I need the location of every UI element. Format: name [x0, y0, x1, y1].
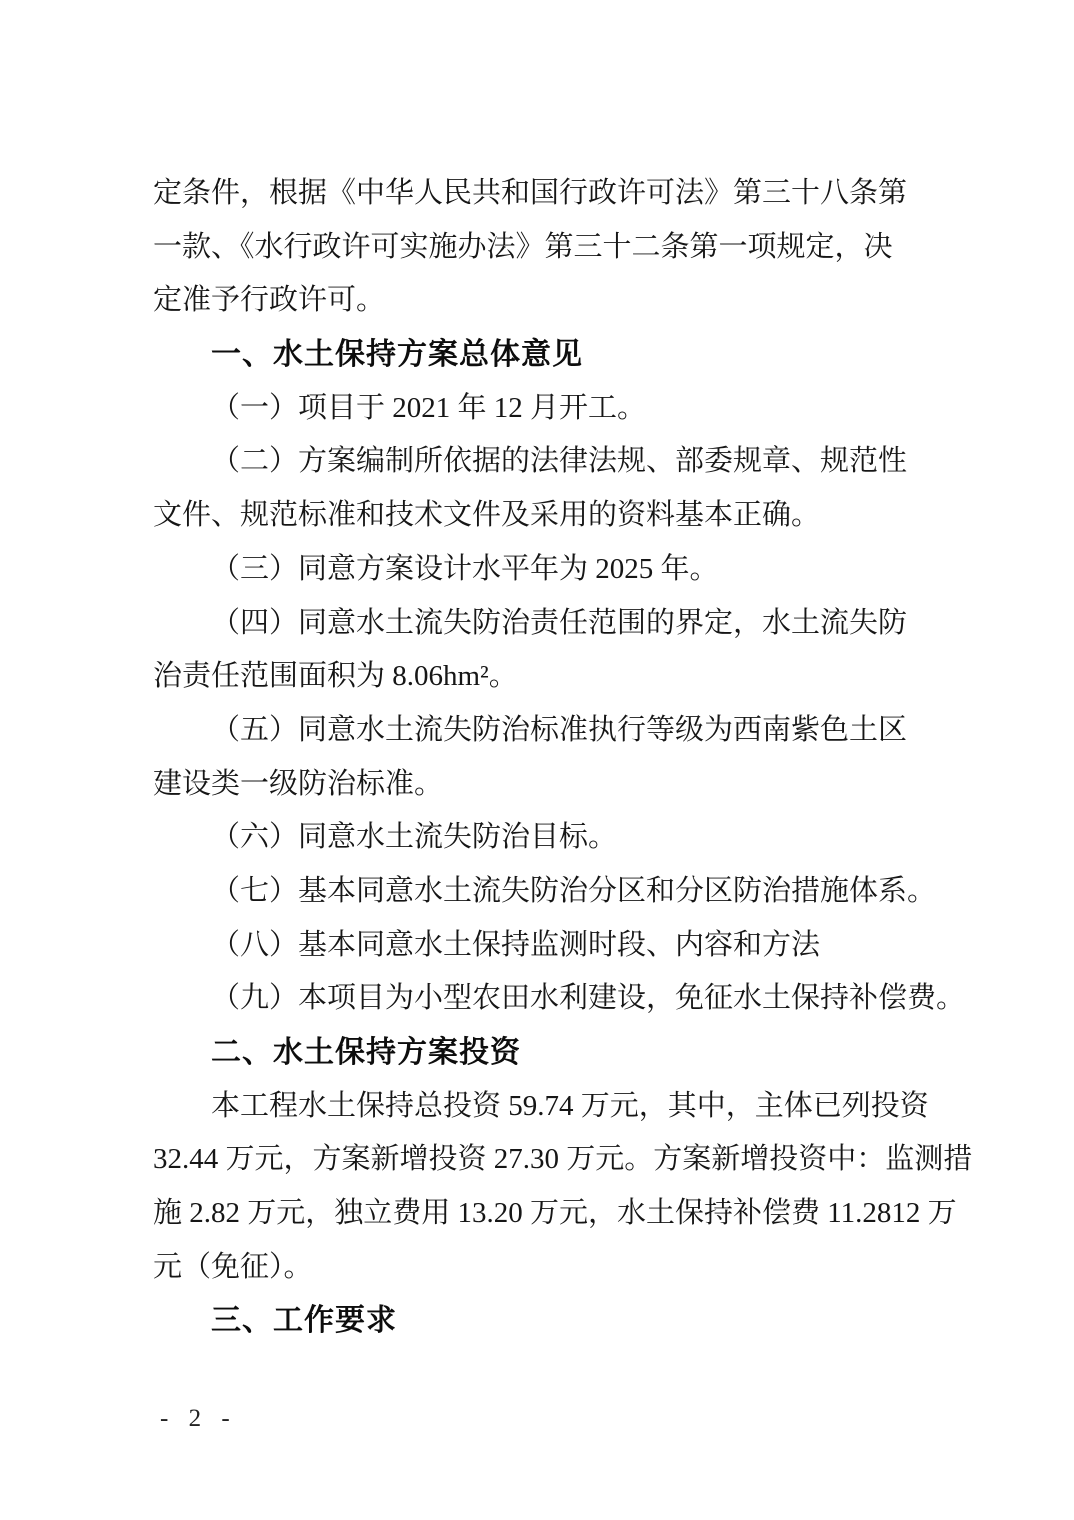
- text-line: （八）基本同意水土保持监测时段、内容和方法: [153, 919, 913, 973]
- text-line: 文件、规范标准和技术文件及采用的资料基本正确。: [153, 489, 913, 543]
- text-line: 建设类一级防治标准。: [153, 758, 913, 812]
- text-line: 定条件，根据《中华人民共和国行政许可法》第三十八条第: [153, 167, 913, 221]
- paragraph-body: 本工程水土保持总投资 59.74 万元，其中，主体已列投资32.44 万元，方案…: [153, 1080, 913, 1295]
- text-line: （一）项目于 2021 年 12 月开工。: [153, 382, 913, 436]
- section-heading: 二、水土保持方案投资: [153, 1026, 913, 1080]
- paragraph-body: （一）项目于 2021 年 12 月开工。: [153, 382, 913, 436]
- text-line: （五）同意水土流失防治标准执行等级为西南紫色土区: [153, 704, 913, 758]
- text-line: （三）同意方案设计水平年为 2025 年。: [153, 543, 913, 597]
- paragraph-body: （四）同意水土流失防治责任范围的界定，水土流失防治责任范围面积为 8.06hm²…: [153, 597, 913, 704]
- paragraph-body: （八）基本同意水土保持监测时段、内容和方法: [153, 919, 913, 973]
- document-body: 定条件，根据《中华人民共和国行政许可法》第三十八条第一款、《水行政许可实施办法》…: [153, 167, 913, 1348]
- paragraph-body: （六）同意水土流失防治目标。: [153, 811, 913, 865]
- text-line: （四）同意水土流失防治责任范围的界定，水土流失防: [153, 597, 913, 651]
- text-line: （九）本项目为小型农田水利建设，免征水土保持补偿费。: [153, 972, 913, 1026]
- text-line: （二）方案编制所依据的法律法规、部委规章、规范性: [153, 435, 913, 489]
- text-line: 元（免征）。: [153, 1241, 913, 1295]
- text-line: （七）基本同意水土流失防治分区和分区防治措施体系。: [153, 865, 913, 919]
- paragraph-body: （五）同意水土流失防治标准执行等级为西南紫色土区建设类一级防治标准。: [153, 704, 913, 811]
- text-line: （六）同意水土流失防治目标。: [153, 811, 913, 865]
- paragraph-heading: 一、水土保持方案总体意见: [153, 328, 913, 382]
- paragraph-body: （三）同意方案设计水平年为 2025 年。: [153, 543, 913, 597]
- paragraph-body: 定条件，根据《中华人民共和国行政许可法》第三十八条第一款、《水行政许可实施办法》…: [153, 167, 913, 328]
- section-heading: 一、水土保持方案总体意见: [153, 328, 913, 382]
- page-number: - 2 -: [160, 1404, 237, 1434]
- document-page: 定条件，根据《中华人民共和国行政许可法》第三十八条第一款、《水行政许可实施办法》…: [0, 0, 1074, 1520]
- paragraph-heading: 三、工作要求: [153, 1294, 913, 1348]
- paragraph-body: （七）基本同意水土流失防治分区和分区防治措施体系。: [153, 865, 913, 919]
- text-line: 定准予行政许可。: [153, 274, 913, 328]
- text-line: 本工程水土保持总投资 59.74 万元，其中，主体已列投资: [153, 1080, 913, 1134]
- text-line: 治责任范围面积为 8.06hm²。: [153, 650, 913, 704]
- paragraph-heading: 二、水土保持方案投资: [153, 1026, 913, 1080]
- section-heading: 三、工作要求: [153, 1294, 913, 1348]
- text-line: 施 2.82 万元，独立费用 13.20 万元，水土保持补偿费 11.2812 …: [153, 1187, 913, 1241]
- paragraph-body: （二）方案编制所依据的法律法规、部委规章、规范性文件、规范标准和技术文件及采用的…: [153, 435, 913, 542]
- paragraph-body: （九）本项目为小型农田水利建设，免征水土保持补偿费。: [153, 972, 913, 1026]
- text-line: 32.44 万元，方案新增投资 27.30 万元。方案新增投资中：监测措: [153, 1133, 913, 1187]
- text-line: 一款、《水行政许可实施办法》第三十二条第一项规定，决: [153, 221, 913, 275]
